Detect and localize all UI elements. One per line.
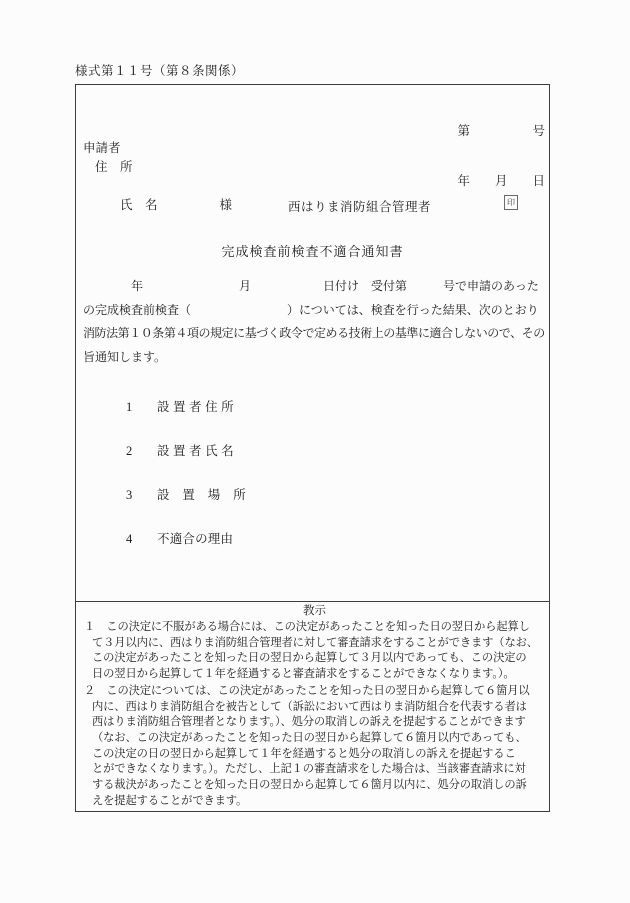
list-item-label: 設 置 者 住 所 — [157, 400, 234, 414]
applicant-label: 申請者 — [83, 139, 232, 158]
item-list: 1設 置 者 住 所 2設 置 者 氏 名 3設 置 場 所 4不適合の理由 — [101, 382, 246, 558]
list-item-number: 2 — [126, 444, 157, 459]
body-paragraph: 年 月 日付け 受付第 号で申請のあった の完成検査前検査（ ）については、検査… — [83, 275, 547, 369]
kyoji-item-lawsuit: ２ この決定については、この決定があったことを知った日の翌日から起算して６箇月以… — [84, 684, 545, 810]
list-item-installer-name: 2設 置 者 氏 名 — [101, 426, 246, 470]
body-line-inspection: の完成検査前検査（ ）については、検査を行った結果、次のとおり — [83, 299, 547, 323]
form-number-label: 様式第１１号（第８条関係） — [75, 61, 244, 79]
body-line-notice: 旨通知します。 — [83, 346, 547, 370]
applicant-honorific: 様 — [220, 198, 233, 212]
applicant-block: 申請者 住 所 氏 名様 — [83, 139, 232, 234]
body-line-date: 年 月 日付け 受付第 号で申請のあった — [83, 275, 547, 299]
list-item-reason: 4不適合の理由 — [101, 514, 246, 558]
kyoji-section: 教示 １ この決定に不服がある場合には、この決定があったことを知った日の翌日から… — [76, 601, 549, 811]
applicant-address-label: 住 所 — [83, 158, 232, 177]
list-item-number: 1 — [126, 400, 157, 415]
body-line-law: 消防法第１０条第４項の規定に基づく政令で定める技術上の基準に適合しないので、その — [83, 322, 547, 346]
document-title: 完成検査前検査不適合通知書 — [76, 241, 549, 260]
applicant-name-row: 氏 名様 — [83, 177, 232, 234]
list-item-number: 4 — [126, 532, 157, 547]
issuer-name: 西はりま消防組合管理者 — [288, 197, 431, 215]
applicant-name-label: 氏 名 — [120, 198, 158, 212]
kyoji-heading: 教示 — [84, 604, 545, 619]
list-item-label: 設 置 場 所 — [157, 488, 246, 502]
document-number-line: 第 号 — [457, 123, 545, 140]
list-item-label: 不適合の理由 — [157, 532, 233, 546]
document-frame: 第 号 年 月 日 申請者 住 所 氏 名様 西はりま消防組合管理者 印 完成検… — [75, 84, 550, 812]
document-number-block: 第 号 年 月 日 — [457, 90, 545, 222]
kyoji-item-appeal: １ この決定に不服がある場合には、この決定があったことを知った日の翌日から起算し… — [84, 620, 545, 683]
list-item-label: 設 置 者 氏 名 — [157, 444, 234, 458]
list-item-installer-address: 1設 置 者 住 所 — [101, 382, 246, 426]
seal-mark: 印 — [504, 195, 518, 210]
document-date-line: 年 月 日 — [457, 173, 545, 190]
document-page: 様式第１１号（第８条関係） 第 号 年 月 日 申請者 住 所 氏 名様 西はり… — [0, 0, 630, 903]
list-item-number: 3 — [126, 488, 157, 503]
list-item-installation-site: 3設 置 場 所 — [101, 470, 246, 514]
